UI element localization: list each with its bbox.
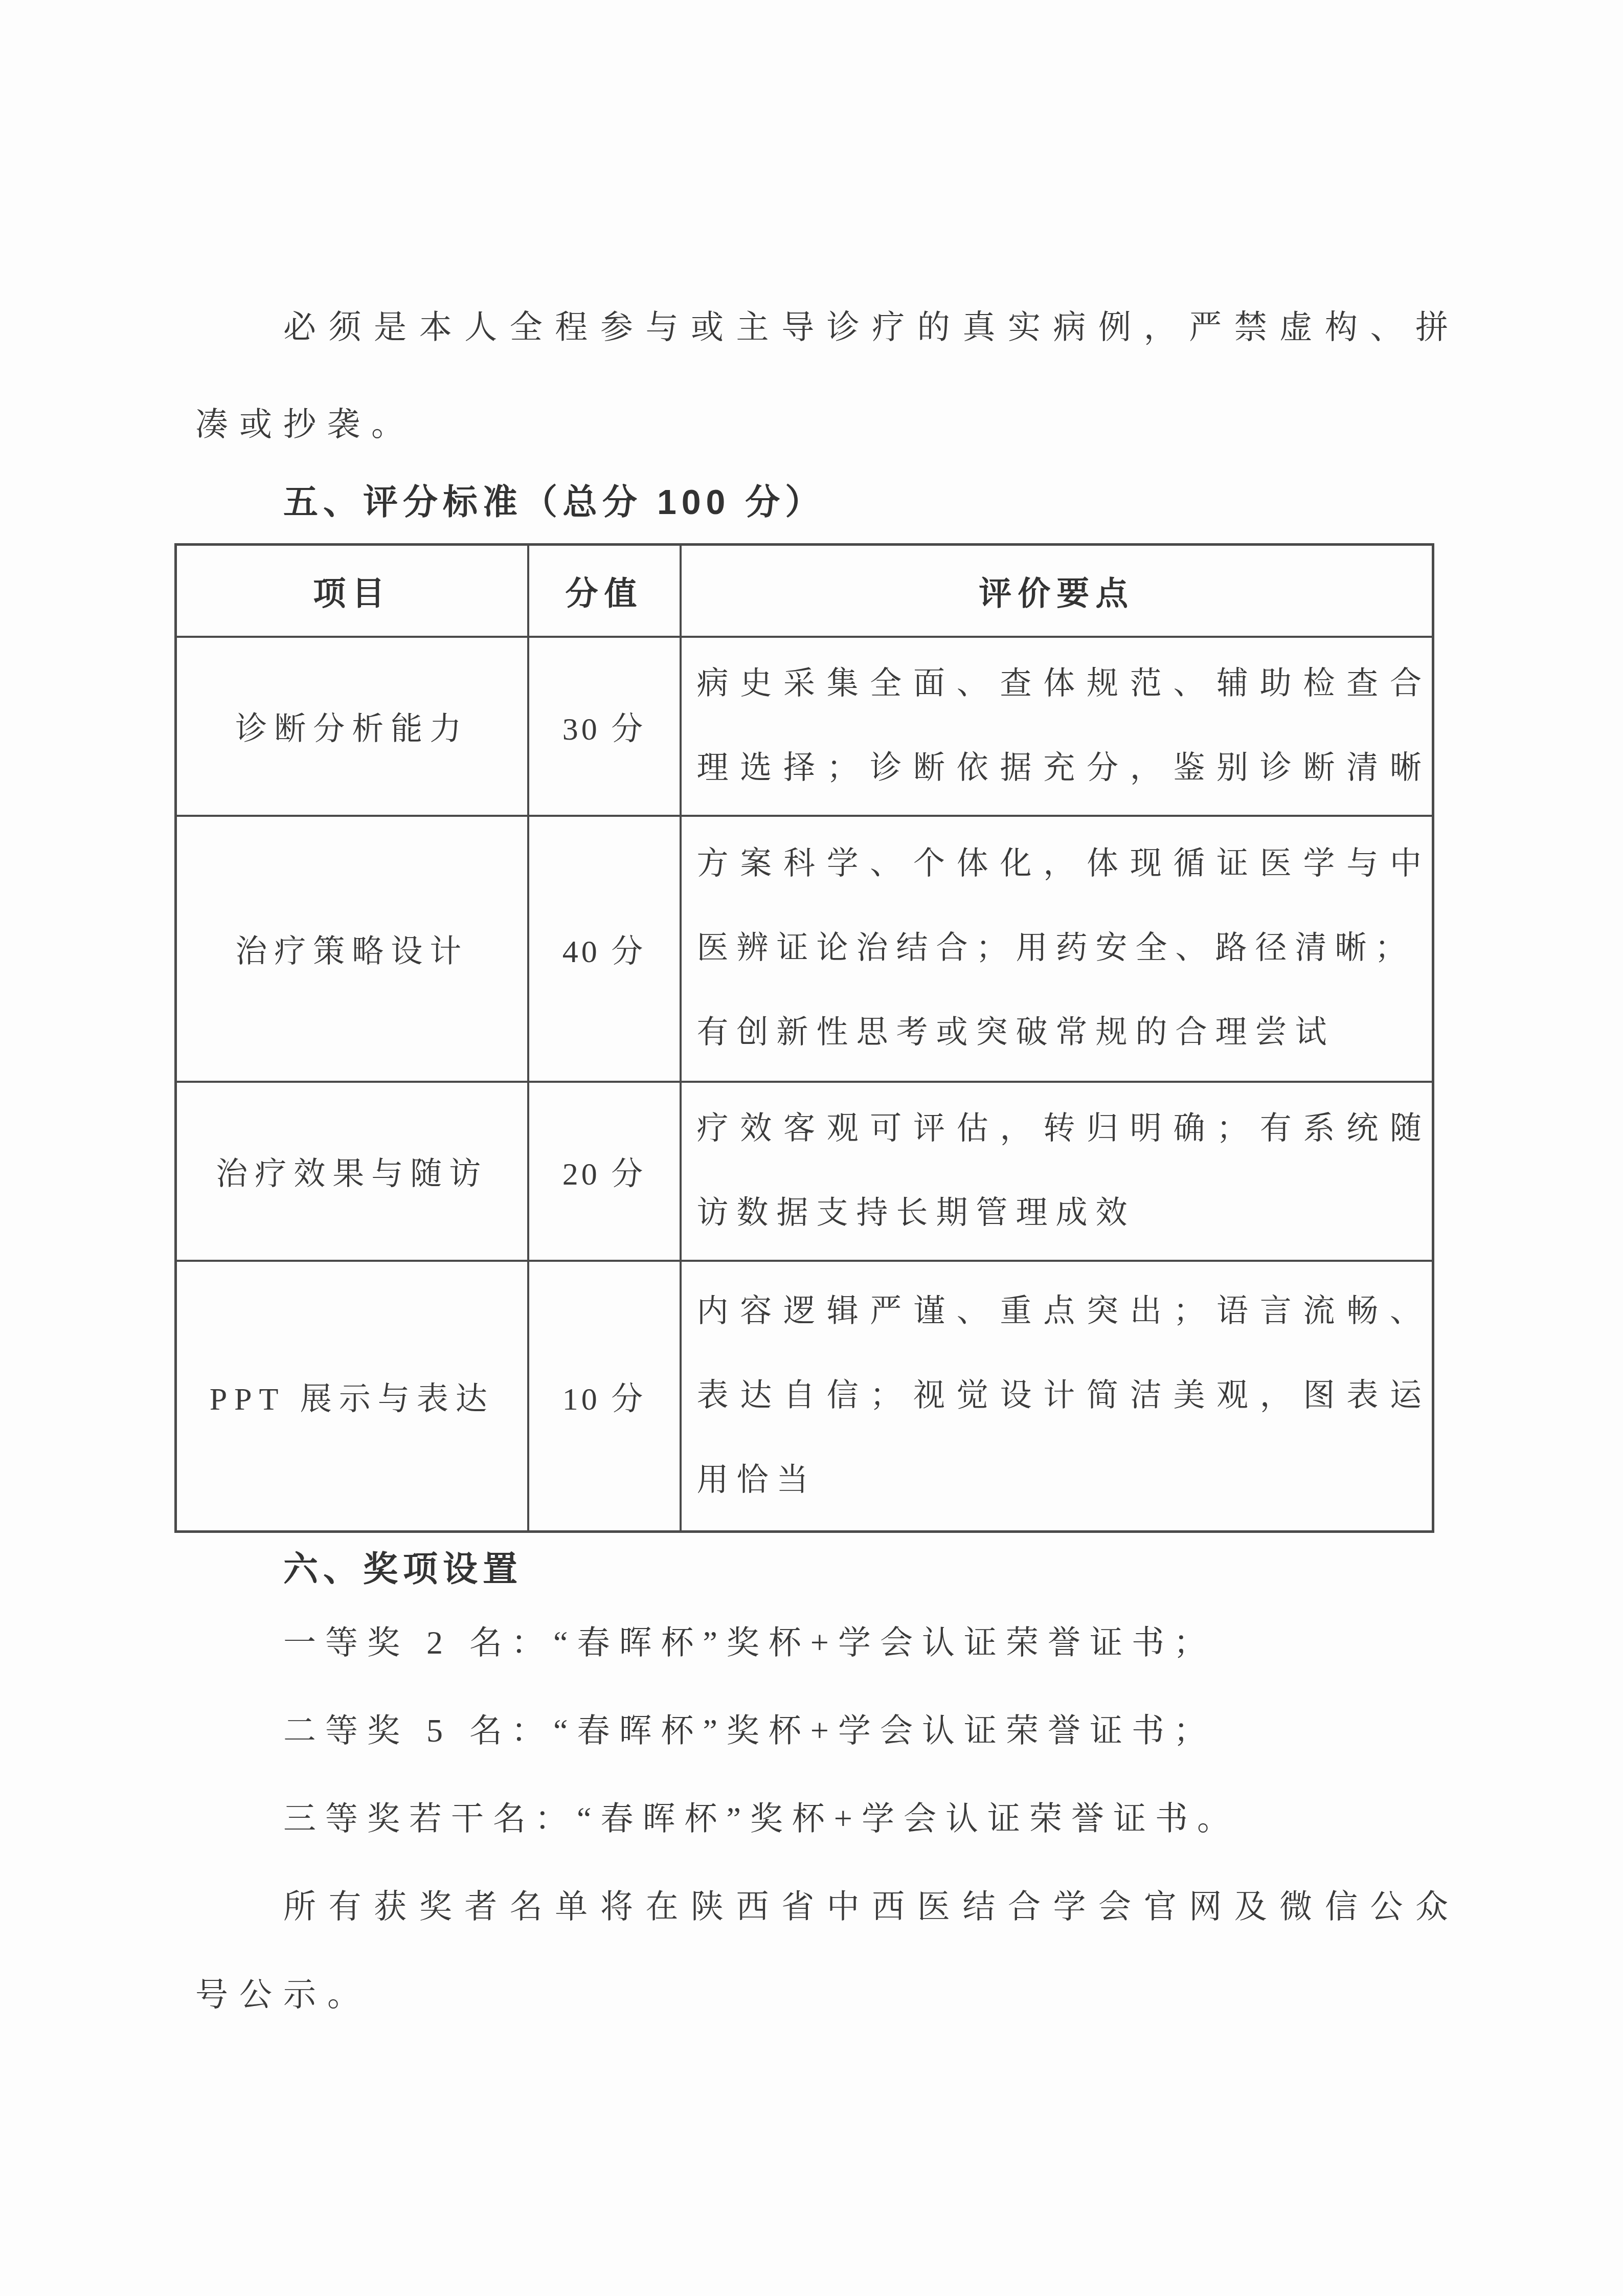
score-cell: 30 分: [528, 637, 681, 816]
criteria-line: 理选择；诊断依据充分，鉴别诊断清晰: [697, 726, 1430, 811]
document-page: 必须是本人全程参与或主导诊疗的真实病例，严禁虚构、拼 凑或抄袭。 五、评分标准（…: [0, 0, 1623, 2296]
table-row: 诊断分析能力 30 分 病史采集全面、查体规范、辅助检查合 理选择；诊断依据充分…: [176, 637, 1433, 816]
score-cell: 40 分: [528, 816, 681, 1082]
criteria-line: 访数据支持长期管理成效: [697, 1171, 1422, 1256]
item-cell: PPT 展示与表达: [176, 1261, 528, 1532]
criteria-line: 内容逻辑严谨、重点突出；语言流畅、: [697, 1269, 1430, 1354]
header-score: 分值: [528, 545, 681, 637]
score-cell: 10 分: [528, 1261, 681, 1532]
item-cell: 治疗策略设计: [176, 816, 528, 1082]
table-row: 治疗效果与随访 20 分 疗效客观可评估，转归明确；有系统随 访数据支持长期管理…: [176, 1082, 1433, 1261]
table-row: PPT 展示与表达 10 分 内容逻辑严谨、重点突出；语言流畅、 表达自信；视觉…: [176, 1261, 1433, 1532]
criteria-line: 有创新性思考或突破常规的合理尝试: [697, 991, 1422, 1075]
closing-line-1: 所有获奖者名单将在陕西省中西医结合学会官网及微信公众: [195, 1863, 1459, 1951]
table-row: 治疗策略设计 40 分 方案科学、个体化，体现循证医学与中 医辨证论治结合；用药…: [176, 816, 1433, 1082]
criteria-line: 用恰当: [697, 1438, 1422, 1523]
score-cell: 20 分: [528, 1082, 681, 1261]
header-criteria: 评价要点: [681, 545, 1433, 637]
criteria-line: 方案科学、个体化，体现循证医学与中: [697, 822, 1430, 906]
criteria-line: 病史采集全面、查体规范、辅助检查合: [697, 642, 1430, 726]
criteria-cell: 病史采集全面、查体规范、辅助检查合 理选择；诊断依据充分，鉴别诊断清晰: [681, 637, 1433, 816]
closing-paragraph: 所有获奖者名单将在陕西省中西医结合学会官网及微信公众 号公示。: [195, 1863, 1448, 2039]
item-cell: 治疗效果与随访: [176, 1082, 528, 1261]
criteria-cell: 内容逻辑严谨、重点突出；语言流畅、 表达自信；视觉设计简洁美观，图表运 用恰当: [681, 1261, 1433, 1532]
section-scoring-heading: 五、评分标准（总分 100 分）: [195, 473, 1448, 532]
award-line-first-prize: 一等奖 2 名：“春晖杯”奖杯+学会认证荣誉证书；: [195, 1599, 1448, 1687]
item-cell: 诊断分析能力: [176, 637, 528, 816]
criteria-line: 疗效客观可评估，转归明确；有系统随: [697, 1087, 1430, 1171]
intro-paragraph: 必须是本人全程参与或主导诊疗的真实病例，严禁虚构、拼 凑或抄袭。: [195, 279, 1448, 473]
criteria-cell: 方案科学、个体化，体现循证医学与中 医辨证论治结合；用药安全、路径清晰； 有创新…: [681, 816, 1433, 1082]
section-awards-heading: 六、奖项设置: [195, 1540, 1448, 1599]
table-header-row: 项目 分值 评价要点: [176, 545, 1433, 637]
intro-line-2: 凑或抄袭。: [195, 376, 1448, 473]
criteria-line: 医辨证论治结合；用药安全、路径清晰；: [697, 906, 1422, 991]
closing-line-2: 号公示。: [195, 1951, 1448, 2039]
award-line-third-prize: 三等奖若干名：“春晖杯”奖杯+学会认证荣誉证书。: [195, 1775, 1448, 1863]
criteria-line: 表达自信；视觉设计简洁美观，图表运: [697, 1354, 1430, 1438]
intro-line-1: 必须是本人全程参与或主导诊疗的真实病例，严禁虚构、拼: [195, 279, 1459, 376]
criteria-cell: 疗效客观可评估，转归明确；有系统随 访数据支持长期管理成效: [681, 1082, 1433, 1261]
scoring-table: 项目 分值 评价要点 诊断分析能力 30 分 病史采集全面、查体规范、辅助检查合…: [174, 543, 1434, 1533]
header-item: 项目: [176, 545, 528, 637]
awards-list: 一等奖 2 名：“春晖杯”奖杯+学会认证荣誉证书； 二等奖 5 名：“春晖杯”奖…: [195, 1599, 1448, 1863]
award-line-second-prize: 二等奖 5 名：“春晖杯”奖杯+学会认证荣誉证书；: [195, 1687, 1448, 1775]
